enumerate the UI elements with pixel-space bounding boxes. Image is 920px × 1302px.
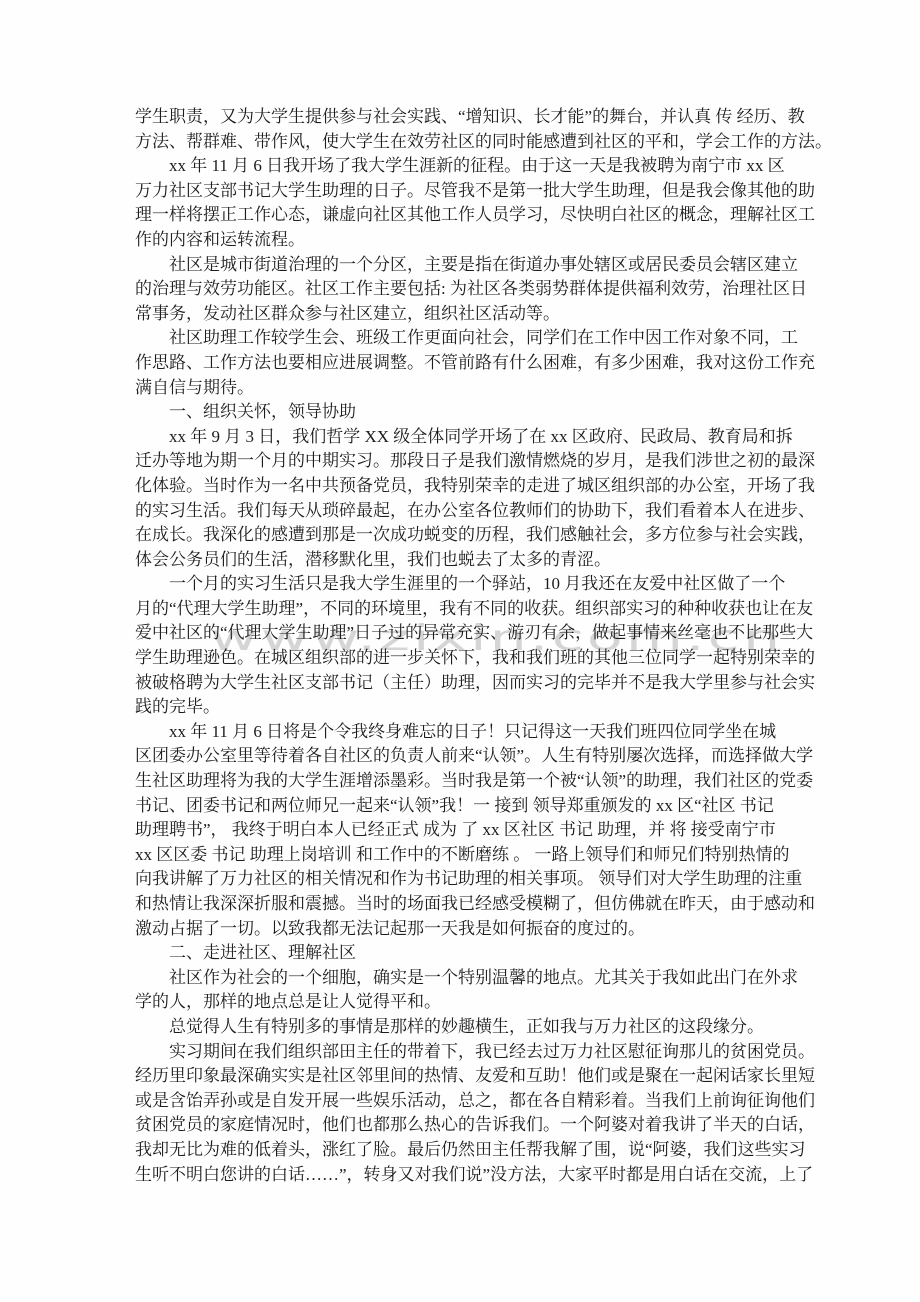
text-line: 和热情让我深深折服和震撼。当时的场面我已经感受模糊了，但仿佛就在昨天，由于感动和 <box>135 892 793 917</box>
text-line: 总觉得人生有特别多的事情是那样的妙趣横生，正如我与万力社区的这段缘分。 <box>135 1015 793 1040</box>
text-line: 方法、帮群难、带作风，使大学生在效劳社区的同时能感遭到社区的平和，学会工作的方法… <box>135 130 793 155</box>
text-line: 常事务，发动社区群众参与社区建立，组织社区活动等。 <box>135 302 793 327</box>
text-line: xx 年 11 月 6 日将是个令我终身难忘的日子！只记得这一天我们班四位同学坐… <box>135 720 793 745</box>
text-line: 生听不明白您讲的白话……”，转身又对我们说”没方法，大家平时都是用白话在交流，上… <box>135 1163 793 1188</box>
text-line: 的治理与效劳功能区。社区工作主要包括: 为社区各类弱势群体提供福利效劳，治理社区… <box>135 277 793 302</box>
text-line: 向我讲解了万力社区的相关情况和作为书记助理的相关事项。 领导们对大学生助理的注重 <box>135 867 793 892</box>
text-line: 爱中社区的“代理大学生助理”日子过的异常充实、游刃有余，做起事情来丝毫也不比那些… <box>135 621 793 646</box>
document-page: www.zixin.com.cn 学生职责，又为大学生提供参与社会实践、“增知识… <box>0 0 920 1302</box>
text-line: 贫困党员的家庭情况时，他们也都那么热心的告诉我们。一个阿婆对着我讲了半天的白话， <box>135 1113 793 1138</box>
text-line: 激动占据了一切。以致我都无法记起那一天我是如何振奋的度过的。 <box>135 917 793 942</box>
text-line: 社区是城市街道治理的一个分区，主要是指在街道办事处辖区或居民委员会辖区建立 <box>135 253 793 278</box>
text-line: 二、走进社区、理解社区 <box>135 941 793 966</box>
text-line: 作的内容和运转流程。 <box>135 228 793 253</box>
text-line: 社区作为社会的一个细胞，确实是一个特别温馨的地点。尤其关于我如此出门在外求 <box>135 966 793 991</box>
text-line: 在成长。我深化的感遭到那是一次成功蜕变的历程，我们感触社会，多方位参与社会实践， <box>135 523 793 548</box>
text-line: 社区助理工作较学生会、班级工作更面向社会，同学们在工作中因工作对象不同，工 <box>135 326 793 351</box>
text-line: 一、组织关怀，领导协助 <box>135 400 793 425</box>
text-line: 化体验。当时作为一名中共预备党员，我特别荣幸的走进了城区组织部的办公室，开场了我 <box>135 474 793 499</box>
text-line: 学的人，那样的地点总是让人觉得平和。 <box>135 990 793 1015</box>
text-line: 学生助理逊色。在城区组织部的进一步关怀下，我和我们班的其他三位同学一起特别荣幸的 <box>135 646 793 671</box>
text-line: 区团委办公室里等待着各自社区的负责人前来“认领”。人生有特别屡次选择，而选择做大… <box>135 744 793 769</box>
document-text: 学生职责，又为大学生提供参与社会实践、“增知识、长才能”的舞台，并认真 传 经历… <box>135 105 793 1187</box>
text-line: 我却无比为难的低着头，涨红了脸。最后仍然田主任帮我解了围，说“阿婆，我们这些实习 <box>135 1138 793 1163</box>
text-line: 迁办等地为期一个月的中期实习。那段日子是我们激情燃烧的岁月，是我们涉世之初的最深 <box>135 449 793 474</box>
text-line: 学生职责，又为大学生提供参与社会实践、“增知识、长才能”的舞台，并认真 传 经历… <box>135 105 793 130</box>
text-line: 书记、团委书记和两位师兄一起来“认领”我！一 接到 领导郑重颁发的 xx 区“社… <box>135 794 793 819</box>
text-line: 被破格聘为大学生社区支部书记（主任）助理，因而实习的完毕并不是我大学里参与社会实 <box>135 671 793 696</box>
text-line: 一个月的实习生活只是我大学生涯里的一个驿站，10 月我还在友爱中社区做了一个 <box>135 572 793 597</box>
text-line: 理一样将摆正工作心态，谦虚向社区其他工作人员学习，尽快明白社区的概念，理解社区工 <box>135 203 793 228</box>
text-line: 助理聘书”， 我终于明白本人已经正式 成为 了 xx 区社区 书记 助理，并 将… <box>135 818 793 843</box>
text-line: 万力社区支部书记大学生助理的日子。尽管我不是第一批大学生助理，但是我会像其他的助 <box>135 179 793 204</box>
text-line: 经历里印象最深确实实是社区邻里间的热情、友爱和互助！他们或是聚在一起闲话家长里短 <box>135 1064 793 1089</box>
text-line: 践的完毕。 <box>135 695 793 720</box>
text-line: 或是含饴弄孙或是自发开展一些娱乐活动，总之，都在各自精彩着。当我们上前询征询他们 <box>135 1089 793 1114</box>
text-line: 生社区助理将为我的大学生涯增添墨彩。当时我是第一个被“认领”的助理，我们社区的党… <box>135 769 793 794</box>
text-line: xx 年 9 月 3 日，我们哲学 XX 级全体同学开场了在 xx 区政府、民政… <box>135 425 793 450</box>
text-line: xx 年 11 月 6 日我开场了我大学生涯新的征程。由于这一天是我被聘为南宁市… <box>135 154 793 179</box>
text-line: 体会公务员们的生活，潜移默化里，我们也蜕去了太多的青涩。 <box>135 548 793 573</box>
text-line: 的实习生活。我们每天从琐碎最起，在办公室各位教师们的协助下，我们看着本人在进步、 <box>135 499 793 524</box>
text-line: 月的“代理大学生助理”，不同的环境里，我有不同的收获。组织部实习的种种收获也让在… <box>135 597 793 622</box>
text-line: 满自信与期待。 <box>135 376 793 401</box>
text-line: xx 区区委 书记 助理上岗培训 和工作中的不断磨练 。 一路上领导们和师兄们特… <box>135 843 793 868</box>
text-line: 作思路、工作方法也要相应进展调整。不管前路有什么困难，有多少困难，我对这份工作充 <box>135 351 793 376</box>
text-line: 实习期间在我们组织部田主任的带着下，我已经去过万力社区慰征询那儿的贫困党员。 <box>135 1040 793 1065</box>
